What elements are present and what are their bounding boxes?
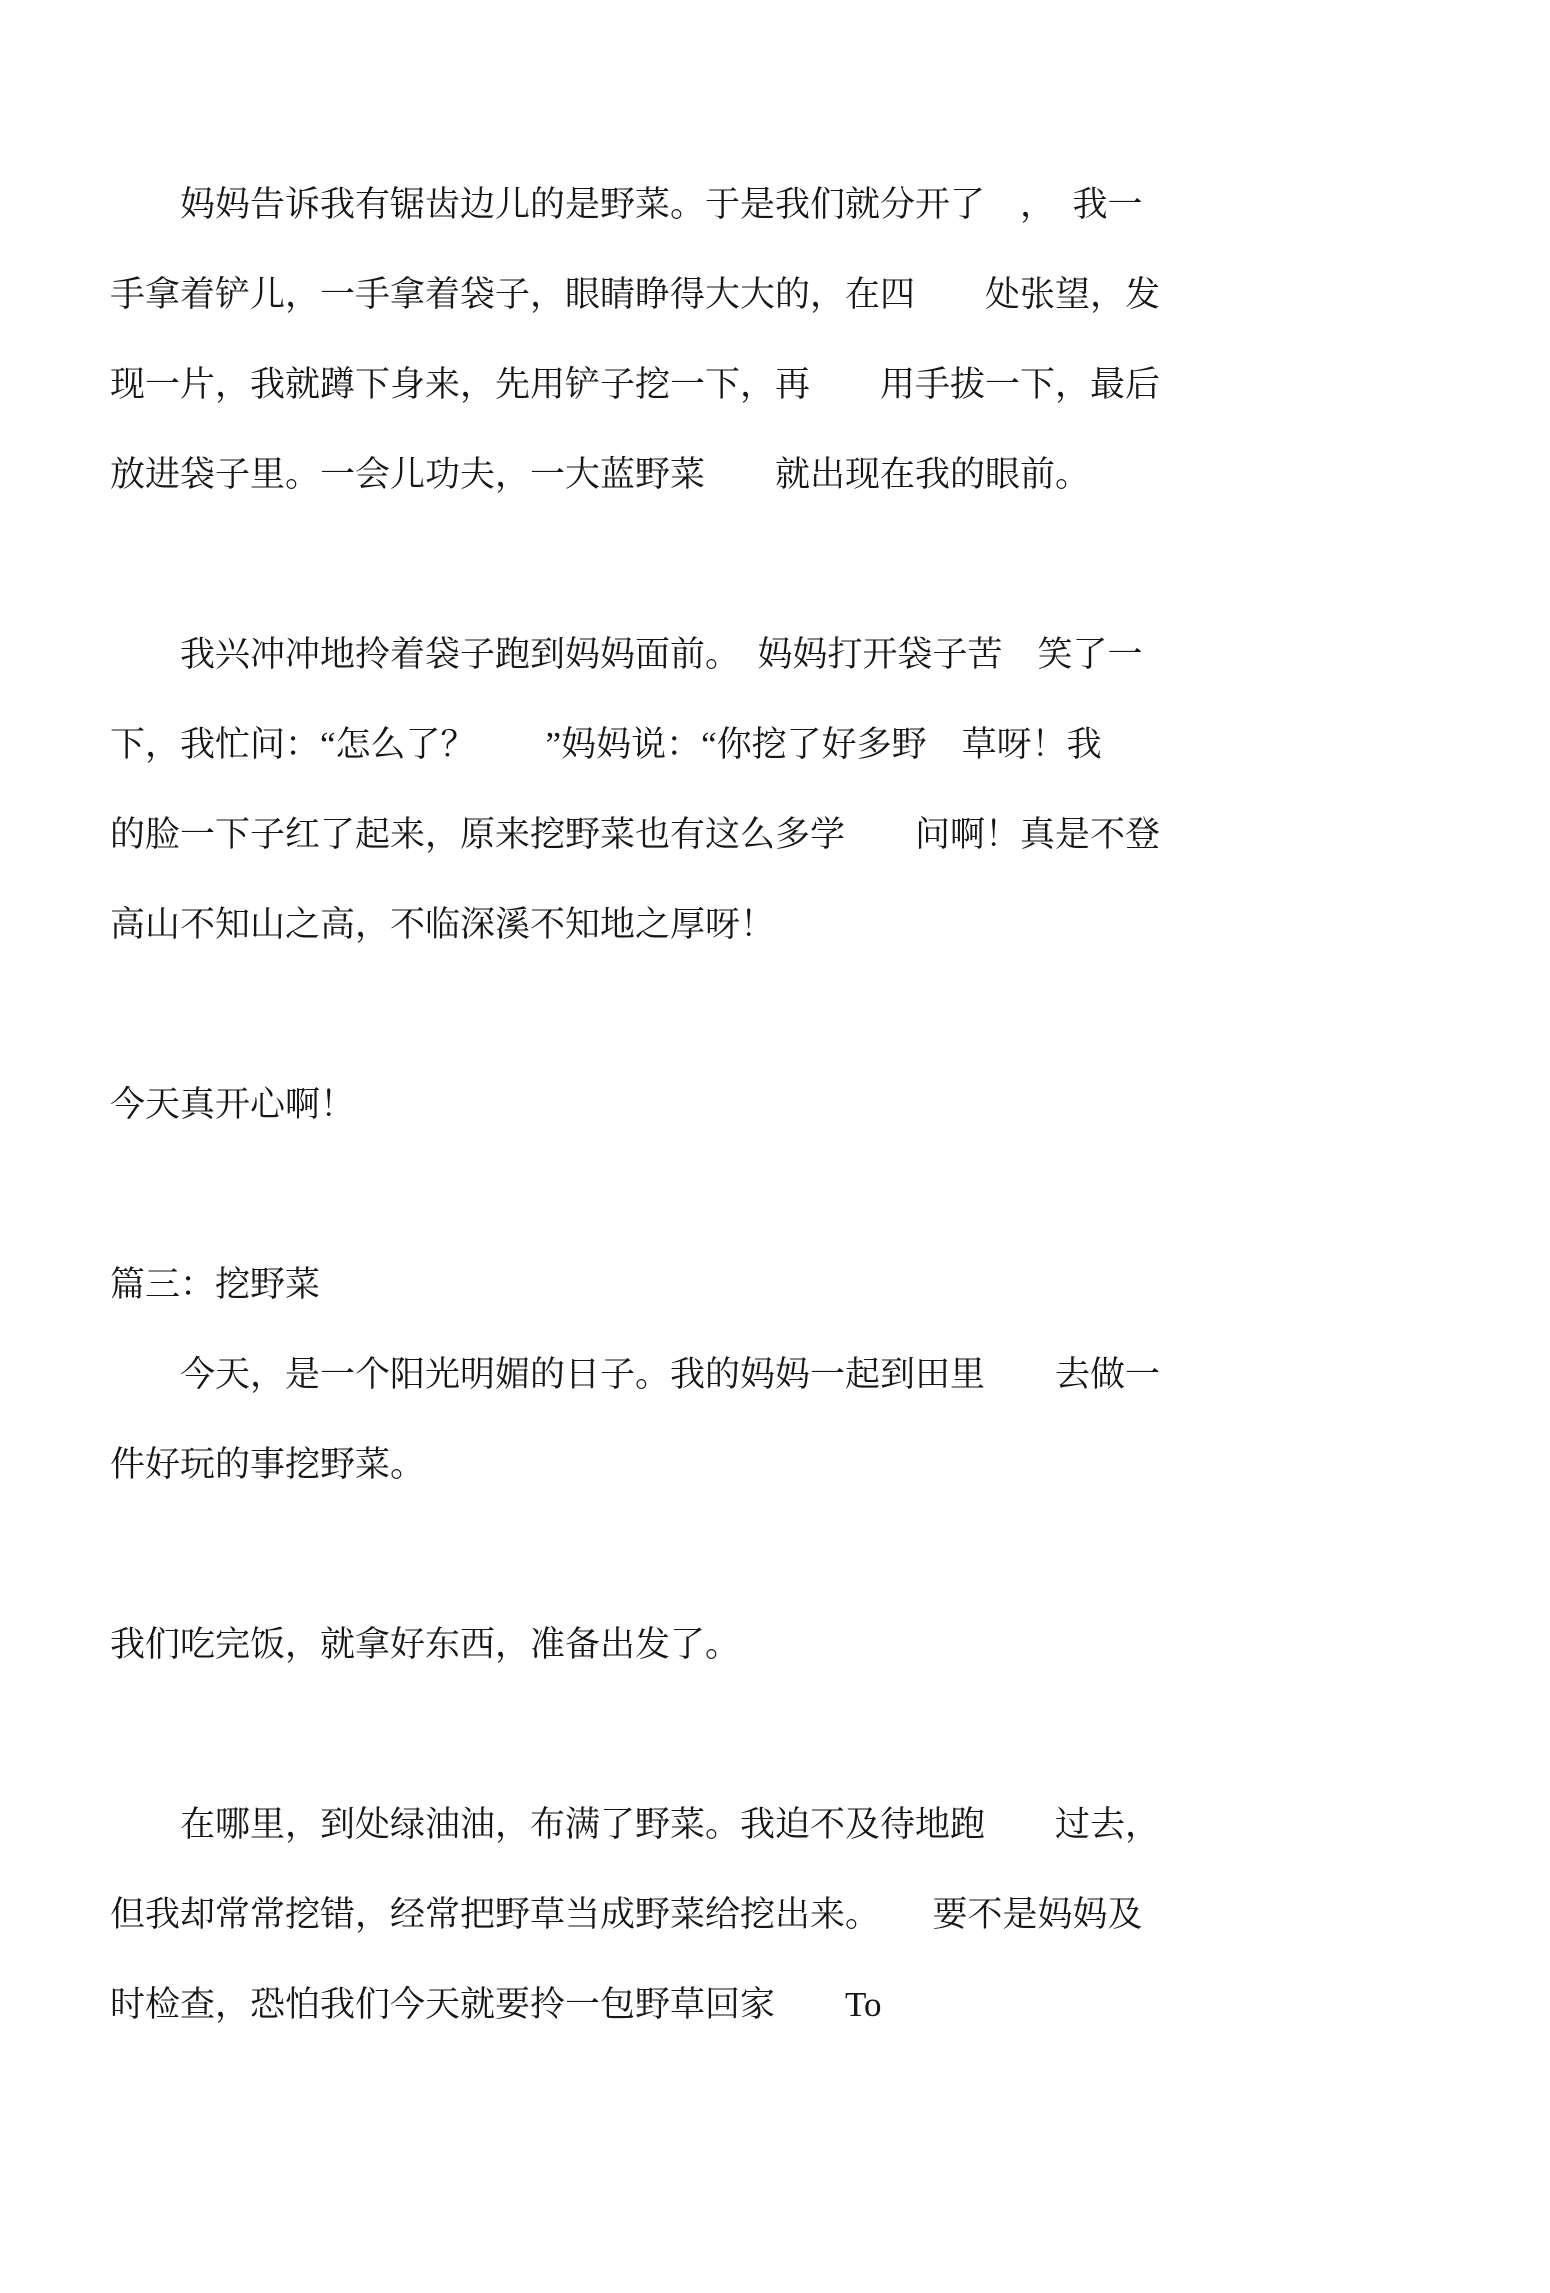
blank-line <box>110 1690 1180 1780</box>
text-line: 的脸一下子红了起来，原来挖野菜也有这么多学 问啊！真是不登 <box>110 790 1180 880</box>
blank-line <box>110 520 1180 610</box>
text-line: 下，我忙问：“怎么了？ ”妈妈说：“你挖了好多野 草呀！我 <box>110 700 1180 790</box>
text-line: 放进袋子里。一会儿功夫，一大蓝野菜 就出现在我的眼前。 <box>110 430 1180 520</box>
blank-line <box>110 970 1180 1060</box>
text-line: 今天真开心啊！ <box>110 1060 1180 1150</box>
text-line: 件好玩的事挖野菜。 <box>110 1420 1180 1510</box>
text-line: 在哪里，到处绿油油，布满了野菜。我迫不及待地跑 过去， <box>110 1780 1180 1870</box>
blank-line <box>110 1150 1180 1240</box>
text-line: 但我却常常挖错，经常把野草当成野菜给挖出来。 要不是妈妈及 <box>110 1870 1180 1960</box>
text-line: 我们吃完饭，就拿好东西，准备出发了。 <box>110 1600 1180 1690</box>
text-line: 手拿着铲儿，一手拿着袋子，眼睛睁得大大的，在四 处张望，发 <box>110 250 1180 340</box>
section-heading: 篇三：挖野菜 <box>110 1240 1180 1330</box>
blank-line <box>110 1510 1180 1600</box>
text-line: 妈妈告诉我有锯齿边儿的是野菜。于是我们就分开了 ， 我一 <box>110 160 1180 250</box>
text-line: 现一片，我就蹲下身来，先用铲子挖一下，再 用手拔一下，最后 <box>110 340 1180 430</box>
text-line: 今天，是一个阳光明媚的日子。我的妈妈一起到田里 去做一 <box>110 1330 1180 1420</box>
text-line: 高山不知山之高，不临深溪不知地之厚呀！ <box>110 880 1180 970</box>
document-page: 妈妈告诉我有锯齿边儿的是野菜。于是我们就分开了 ， 我一 手拿着铲儿，一手拿着袋… <box>0 0 1550 2293</box>
text-line: 我兴冲冲地拎着袋子跑到妈妈面前。 妈妈打开袋子苦 笑了一 <box>110 610 1180 700</box>
text-line: 时检查，恐怕我们今天就要拎一包野草回家 To <box>110 1960 1180 2050</box>
